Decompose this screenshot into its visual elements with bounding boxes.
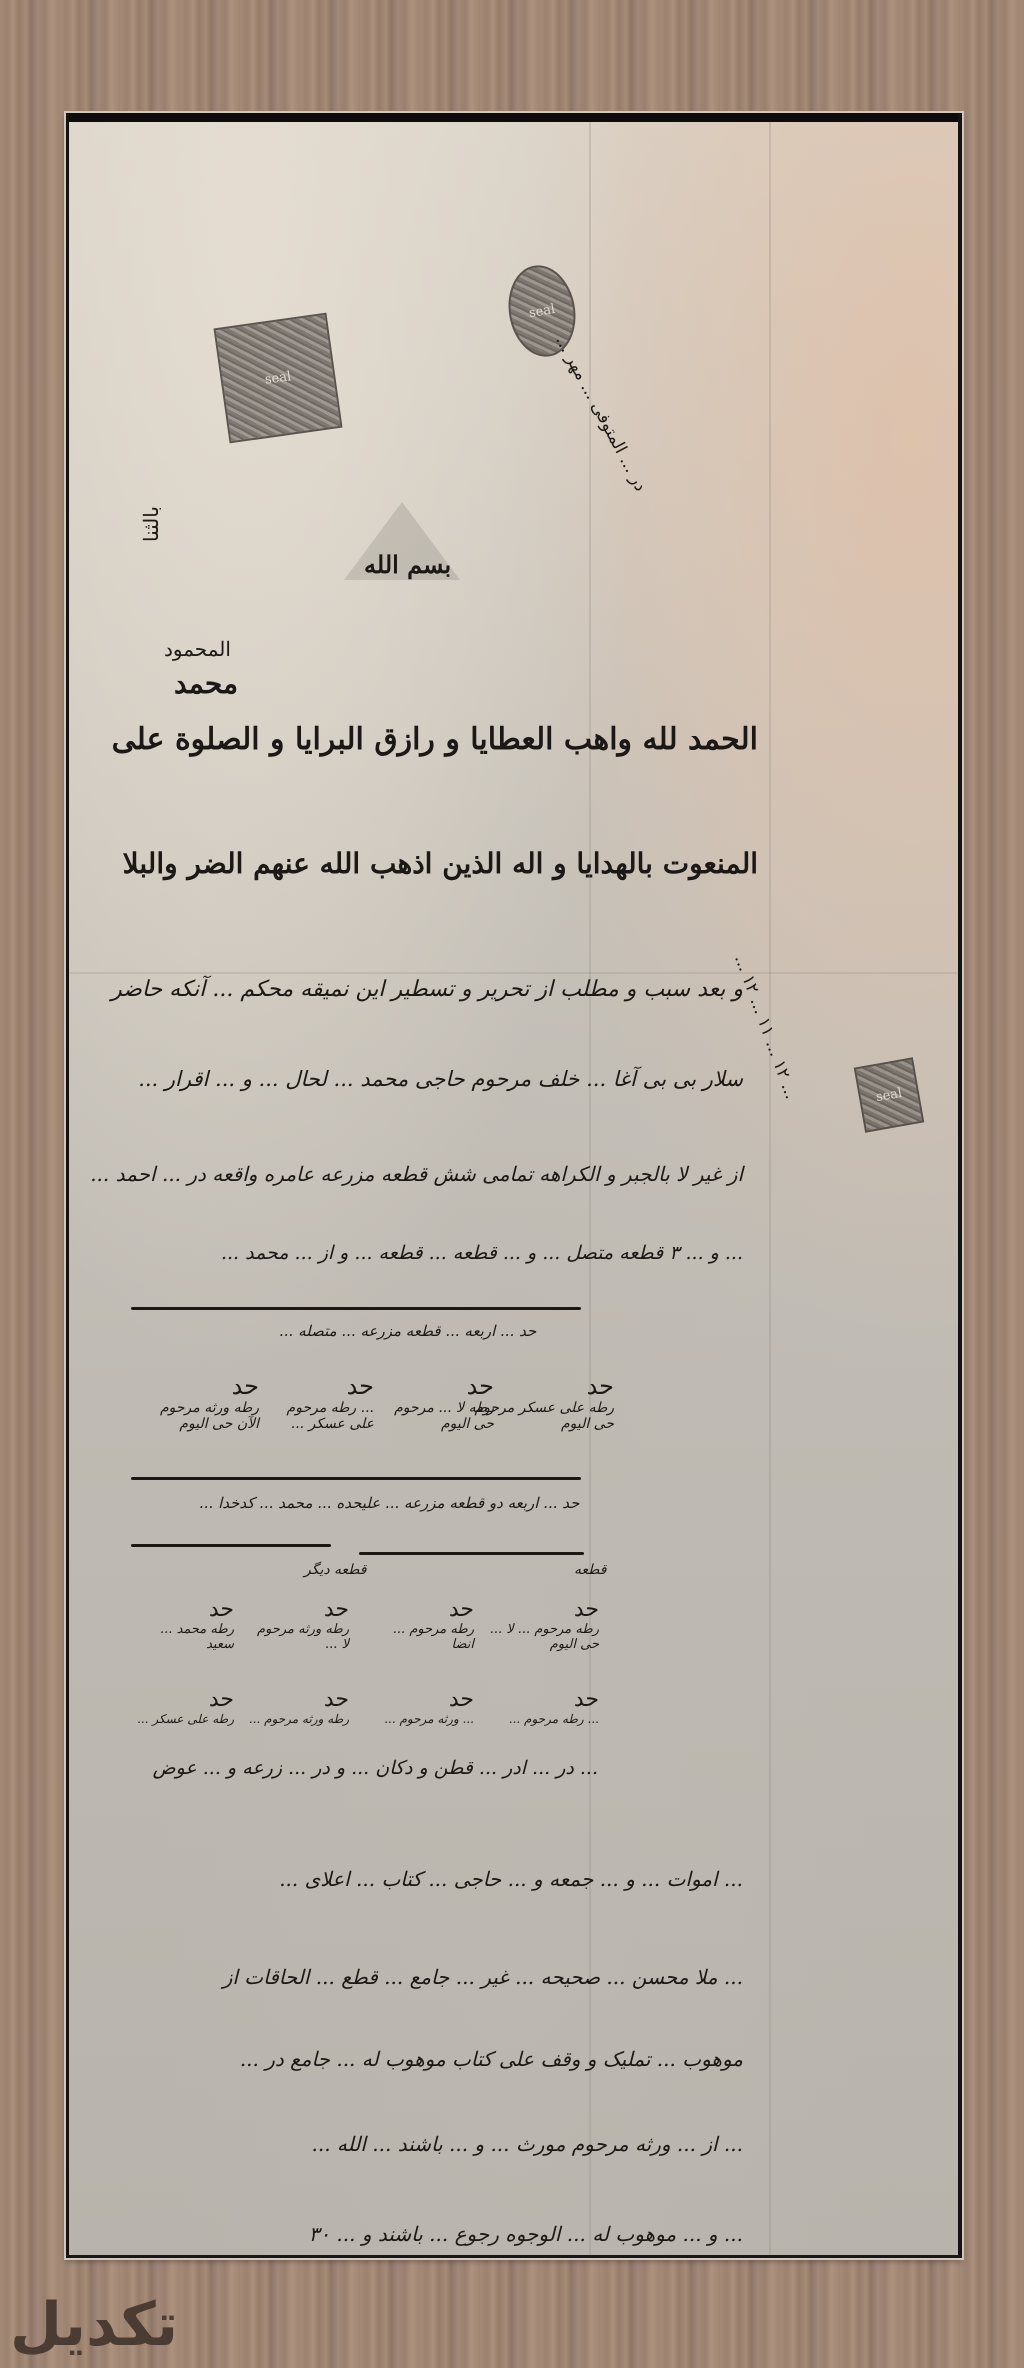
sub-label-other-parcel: قطعه دیگر bbox=[304, 1562, 366, 1578]
text-line-after-1: ... در ... ادر ... قطن و دکان ... و در .… bbox=[153, 1757, 598, 1779]
sub-label-parcel: قطعه bbox=[574, 1562, 606, 1578]
boundary-cell: حد رطه مرحوم ... لا ... حی الیوم bbox=[489, 1597, 599, 1652]
divider-rule bbox=[131, 1477, 581, 1480]
section-heading-1: حد ... اربعه ... قطعه مزرعه ... متصله ..… bbox=[279, 1322, 536, 1340]
invocation-text: بسم الله bbox=[364, 550, 451, 579]
text-line-6: ... و ... ۳ قطعه متصل ... و ... قطعه ...… bbox=[221, 1242, 743, 1264]
boundary-cell: حد رطه لا ... مرحوم حی الیوم bbox=[389, 1372, 494, 1432]
section-heading-2: حد ... اربعه دو قطعه مزرعه ... علیحده ..… bbox=[199, 1494, 579, 1512]
boundary-cell: حد رطه ورثه مرحوم ... bbox=[239, 1687, 349, 1726]
boundary-cell: حد رطه مرحوم ... انضا bbox=[364, 1597, 474, 1652]
manuscript-paper: seal seal در ... المتوفی ... مهر ... بسم… bbox=[69, 122, 958, 2255]
frame-border bbox=[958, 113, 962, 2258]
top-margin-note: در ... المتوفی ... مهر ... bbox=[551, 332, 650, 495]
boundary-cell: حد ... رطه مرحوم ... bbox=[489, 1687, 599, 1726]
watermark-logo: تکدیل bbox=[10, 2290, 178, 2360]
fold-line bbox=[589, 122, 591, 2255]
divider-rule bbox=[359, 1552, 584, 1555]
text-line-2: المنعوت بالهدایا و اله الذین اذهب الله ع… bbox=[123, 847, 758, 880]
boundary-cell: حد ... ورثه مرحوم ... bbox=[364, 1687, 474, 1726]
left-margin-note: المحمود bbox=[164, 637, 231, 661]
text-line-after-4: موهوب ... تملیک و وقف علی کتاب موهوب له … bbox=[240, 2047, 743, 2071]
text-line-1: الحمد لله واهب العطایا و رازق البرایا و … bbox=[112, 722, 758, 757]
frame-border bbox=[66, 2255, 962, 2258]
boundary-cell: حد رطه علی عسکر ... bbox=[124, 1687, 234, 1726]
left-margin-note: بالثنا bbox=[139, 506, 163, 542]
text-line-after-3: ... ملا محسن ... صحیحه ... غیر ... جامع … bbox=[223, 1965, 743, 1989]
square-seal-top: seal bbox=[213, 313, 342, 444]
text-line-after-6: ... و ... موهوب له ... الوجوه رجوع ... ب… bbox=[309, 2222, 743, 2246]
document-frame: seal seal در ... المتوفی ... مهر ... بسم… bbox=[66, 113, 962, 2258]
fold-line bbox=[769, 122, 771, 2255]
text-line-after-5: ... از ... ورثه مرحوم مورث ... و ... باش… bbox=[311, 2132, 743, 2156]
fold-line bbox=[69, 972, 958, 974]
square-seal-right: seal bbox=[854, 1057, 925, 1132]
frame-border bbox=[66, 113, 962, 122]
text-line-3: و بعد سبب و مطلب از تحریر و تسطیر این نم… bbox=[111, 977, 743, 1002]
text-line-after-2: ... اموات ... و ... جمعه و ... حاجی ... … bbox=[279, 1867, 743, 1891]
boundaries-table-2: حد رطه مرحوم ... لا ... حی الیوم حد رطه … bbox=[129, 1597, 599, 1687]
boundary-cell: حد ... رطه مرحوم علی عسکر ... bbox=[269, 1372, 374, 1432]
boundary-cell: حد رطه علی عسکر مرحوم حی الیوم bbox=[509, 1372, 614, 1432]
boundaries-table-1: حد رطه علی عسکر مرحوم حی الیوم حد رطه لا… bbox=[164, 1372, 614, 1482]
text-line-4: سلار بی بی آغا ... خلف مرحوم حاجی محمد .… bbox=[138, 1067, 743, 1091]
boundary-cell: حد رطه محمد ... سعید bbox=[124, 1597, 234, 1652]
left-margin-note: محمد bbox=[174, 667, 238, 700]
boundary-cell: حد رطه ورثه مرحوم الآن حی الیوم bbox=[154, 1372, 259, 1432]
boundaries-table-3: حد ... رطه مرحوم ... حد ... ورثه مرحوم .… bbox=[129, 1687, 599, 1747]
boundary-cell: حد رطه ورثه مرحوم لا ... bbox=[239, 1597, 349, 1652]
divider-rule bbox=[131, 1307, 581, 1310]
text-line-5: از غیر لا بالجبر و الکراهه تمامی شش قطعه… bbox=[90, 1162, 743, 1186]
divider-rule bbox=[131, 1544, 331, 1547]
